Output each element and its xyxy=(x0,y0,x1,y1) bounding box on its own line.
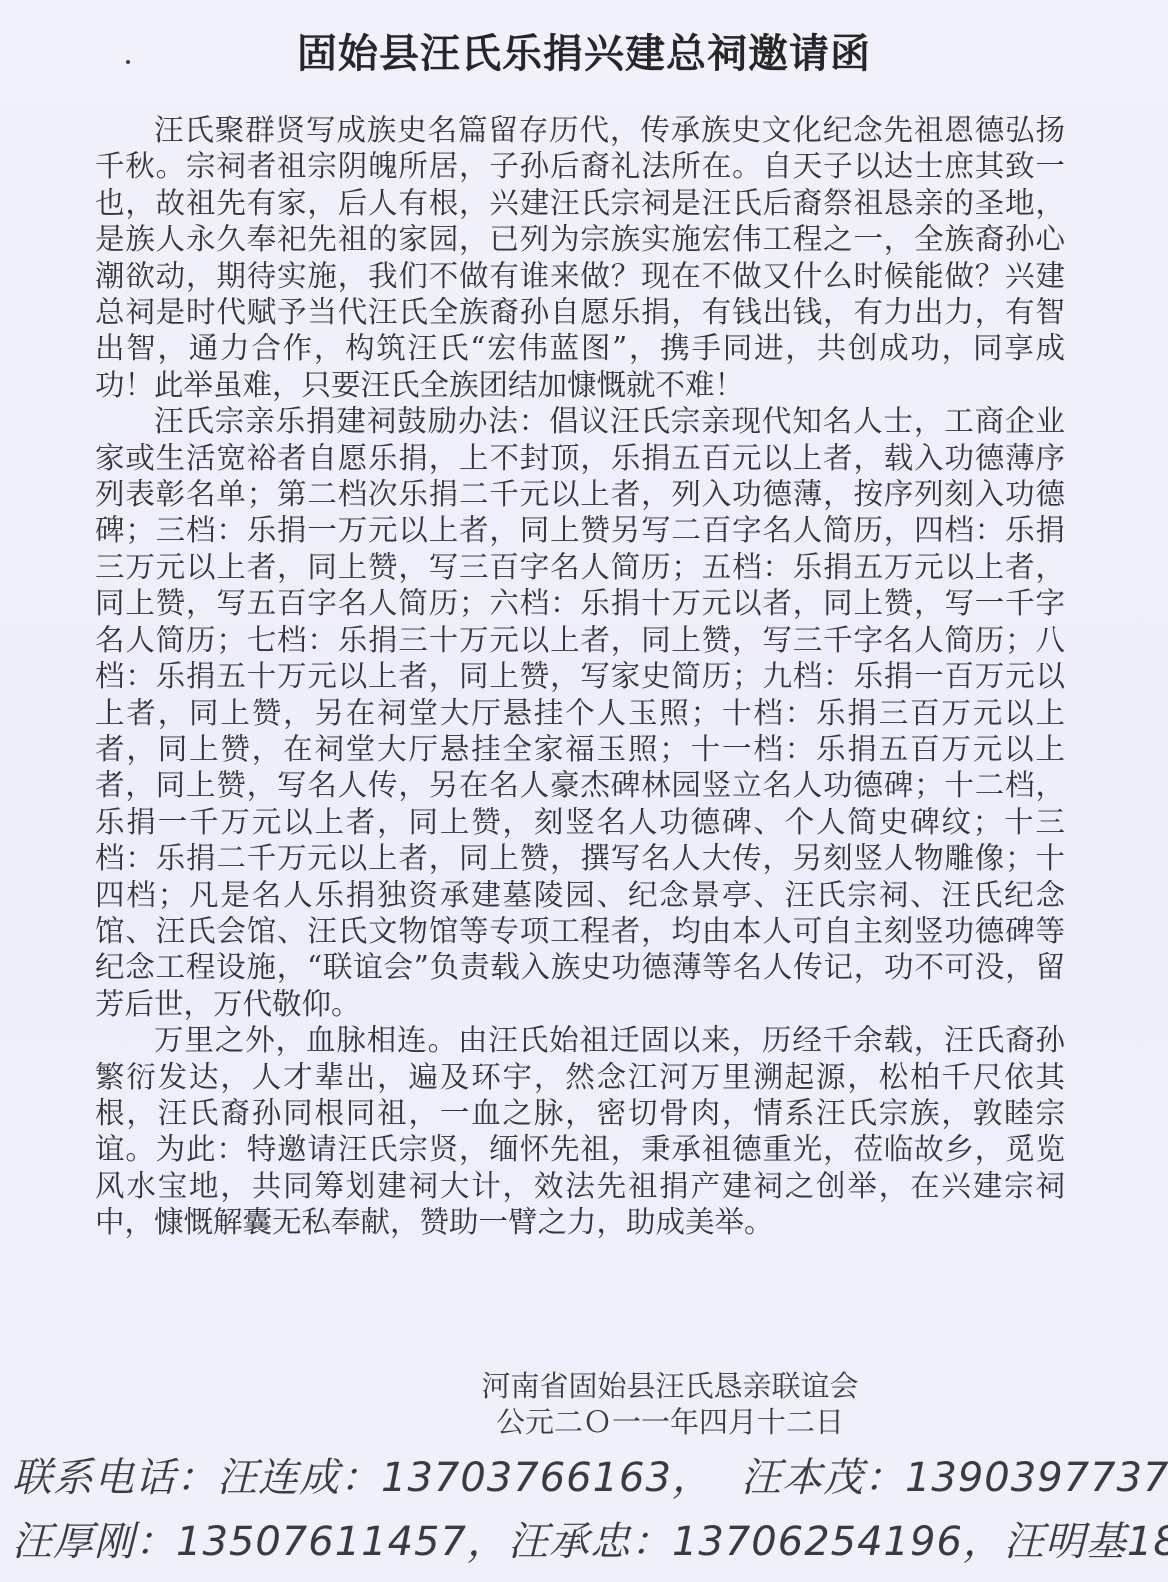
signature-date: 公元二Ｏ一一年四月十二日 xyxy=(410,1404,930,1440)
scanned-letter-page: 固始县汪氏乐捐兴建总祠邀请函 汪氏聚群贤写成族史名篇留存历代，传承族史文化纪念先… xyxy=(0,0,1168,1582)
contact-wang-hougang: 汪厚刚：13507611457， xyxy=(12,1519,508,1565)
document-title: 固始县汪氏乐捐兴建总祠邀请函 xyxy=(0,22,1168,79)
paragraph-intro: 汪氏聚群贤写成族史名篇留存历代，传承族史文化纪念先祖恩德弘扬千秋。宗祠者祖宗阴魄… xyxy=(95,112,1065,403)
paragraph-invitation: 万里之外，血脉相连。由汪氏始祖迁固以来，历经千余载，汪氏裔孙繁衍发达，人才辈出，… xyxy=(95,1022,1065,1240)
paragraph-donation-tiers: 汪氏宗亲乐捐建祠鼓励办法：倡议汪氏宗亲现代知名人士，工商企业家或生活宽裕者自愿乐… xyxy=(95,403,1065,1022)
contact-wang-benmao: 汪本茂：13903977376 xyxy=(741,1455,1168,1501)
contact-wang-mingji: 汪明基18737695837 xyxy=(1004,1519,1168,1565)
signature-organization: 河南省固始县汪氏恳亲联谊会 xyxy=(410,1368,930,1404)
contact-wang-liancheng: 汪连成：13703766163， xyxy=(217,1455,713,1501)
contact-wang-chengzhong: 汪承忠：13706254196， xyxy=(508,1519,1004,1565)
contact-label: 联系电话： xyxy=(12,1455,217,1501)
letter-body: 汪氏聚群贤写成族史名篇留存历代，传承族史文化纪念先祖恩德弘扬千秋。宗祠者祖宗阴魄… xyxy=(95,112,1065,1241)
handwritten-contacts-line-1: 联系电话：汪连成：13703766163，汪本茂：13903977376 xyxy=(12,1446,1168,1503)
handwritten-contacts-line-2: 汪厚刚：13507611457，汪承忠：13706254196，汪明基18737… xyxy=(12,1510,1168,1567)
